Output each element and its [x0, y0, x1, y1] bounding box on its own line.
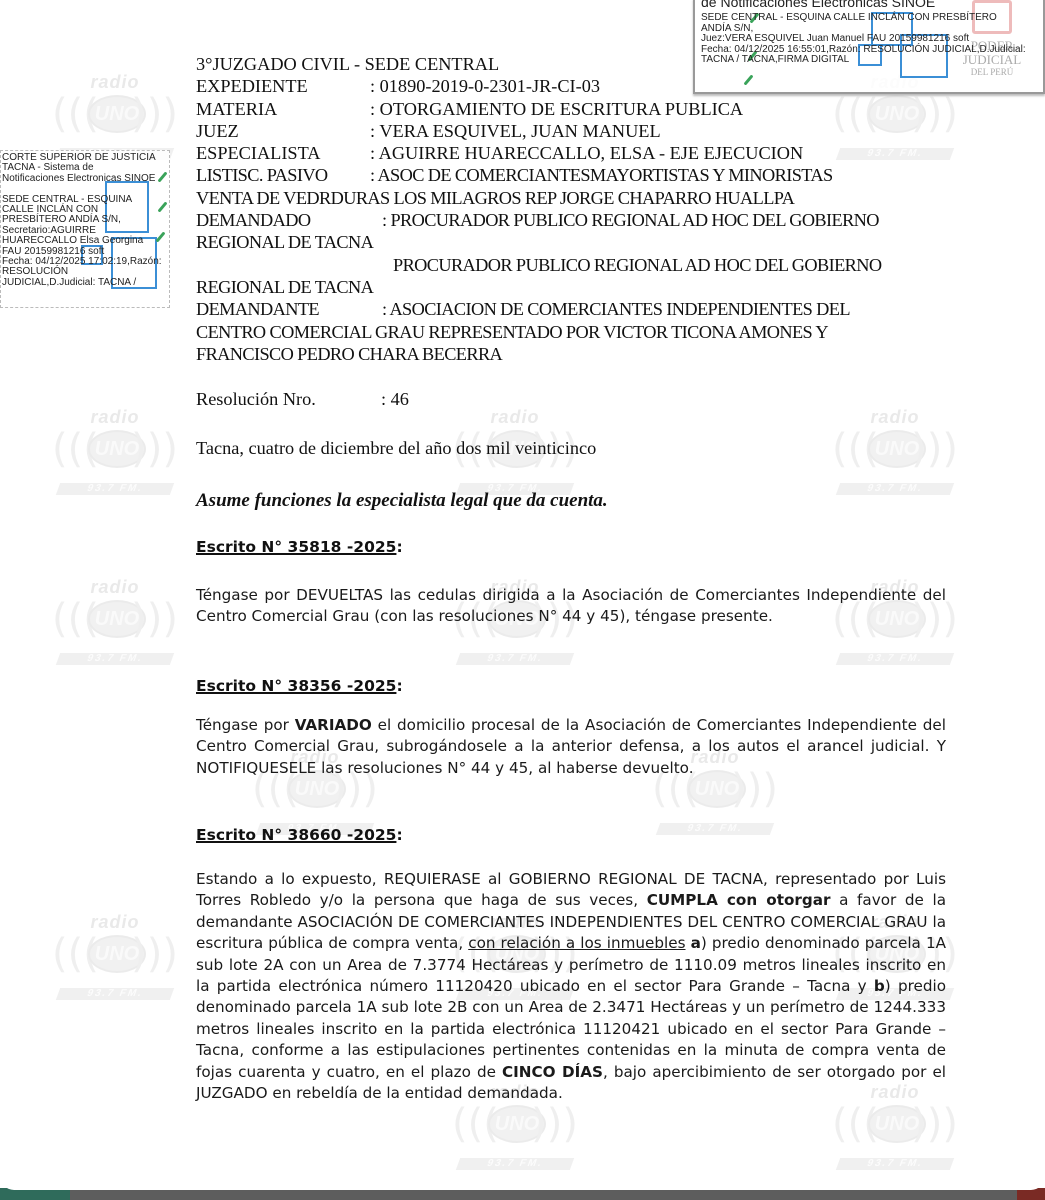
stamp-title: de Notificaciones Electronicas SINOE	[701, 0, 935, 10]
field-demandado-2-cont: REGIONAL DE TACNA	[196, 276, 966, 298]
field-especialista: ESPECIALISTA: AGUIRRE HUARECCALLO, ELSA …	[196, 142, 966, 164]
field-litisconsorte-pasivo: LISTISC. PASIVO: ASOC DE COMERCIANTESMAY…	[196, 164, 966, 186]
stamp-text: CORTE SUPERIOR DE JUSTICIA TACNA - Siste…	[2, 153, 170, 288]
signal-waves-icon: )))	[131, 597, 178, 641]
radio-uno-watermark: radio(((UNO)))93.7 FM.	[820, 405, 970, 505]
digital-signature-stamp-secretary: CORTE SUPERIOR DE JUSTICIA TACNA - Siste…	[0, 150, 170, 308]
signal-waves-icon: (((	[832, 1102, 879, 1146]
field-demandado-cont: REGIONAL DE TACNA	[196, 231, 966, 253]
escrito-body: Téngase por VARIADO el domicilio procesa…	[196, 715, 946, 779]
court-name: 3°JUZGADO CIVIL - SEDE CENTRAL	[196, 53, 966, 75]
field-demandante: DEMANDANTE: ASOCIACION DE COMERCIANTES I…	[196, 298, 966, 320]
signal-waves-icon: (((	[52, 597, 99, 641]
radio-uno-watermark: radio(((UNO)))93.7 FM.	[40, 405, 190, 505]
radio-uno-watermark: radio(((UNO)))93.7 FM.	[40, 575, 190, 675]
signal-waves-icon: (((	[52, 932, 99, 976]
signal-waves-icon: )))	[131, 427, 178, 471]
signal-waves-icon: )))	[131, 92, 178, 136]
field-expediente: EXPEDIENTE: 01890-2019-0-2301-JR-CI-03	[196, 75, 966, 97]
city-date: Tacna, cuatro de diciembre del año dos m…	[196, 438, 596, 459]
field-litisconsorte-pasivo-cont: VENTA DE VEDRDURAS LOS MILAGROS REP JORG…	[196, 187, 966, 209]
escrito-heading: Escrito N° 38660 -2025:	[196, 826, 403, 844]
document-page: radio(((UNO)))93.7 FM.radio(((UNO)))93.7…	[0, 0, 1045, 1190]
field-juez: JUEZ: VERA ESQUIVEL, JUAN MANUEL	[196, 120, 966, 142]
case-header: 3°JUZGADO CIVIL - SEDE CENTRAL EXPEDIENT…	[196, 53, 966, 365]
escrito-body: Estando a lo expuesto, REQUIERASE al GOB…	[196, 869, 946, 1104]
signal-waves-icon: (((	[832, 427, 879, 471]
radio-uno-watermark: radio(((UNO)))93.7 FM.	[40, 910, 190, 1010]
field-materia: MATERIA: OTORGAMIENTO DE ESCRITURA PUBLI…	[196, 98, 966, 120]
signal-waves-icon: )))	[131, 932, 178, 976]
signal-waves-icon: )))	[911, 427, 958, 471]
field-demandado-2: PROCURADOR PUBLICO REGIONAL AD HOC DEL G…	[196, 254, 966, 276]
escrito-body: Téngase por DEVUELTAS las cedulas dirigi…	[196, 585, 946, 628]
escrito-heading: Escrito N° 35818 -2025:	[196, 538, 403, 556]
assume-functions-heading: Asume funciones la especialista legal qu…	[196, 490, 608, 512]
escrito-heading: Escrito N° 38356 -2025:	[196, 677, 403, 695]
signal-waves-icon: (((	[52, 427, 99, 471]
field-demandante-cont: FRANCISCO PEDRO CHARA BECERRA	[196, 343, 966, 365]
signal-waves-icon: (((	[52, 92, 99, 136]
signal-waves-icon: )))	[531, 1102, 578, 1146]
signal-waves-icon: )))	[911, 1102, 958, 1146]
field-demandante-cont: CENTRO COMERCIAL GRAU REPRESENTADO POR V…	[196, 321, 966, 343]
signal-waves-icon: (((	[452, 1102, 499, 1146]
field-demandado: DEMANDADO: PROCURADOR PUBLICO REGIONAL A…	[196, 209, 966, 231]
resolution-number: Resolución Nro.: 46	[196, 389, 409, 410]
